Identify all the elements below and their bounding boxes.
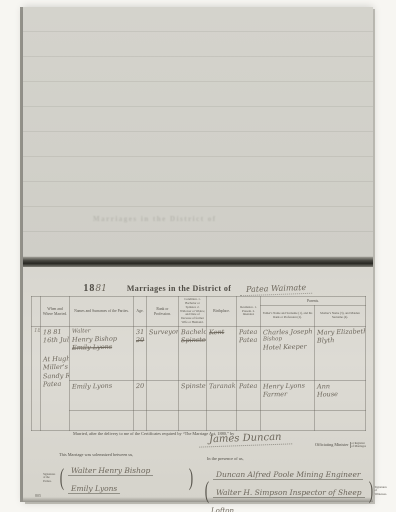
groom-name-cell: Walter Henry Bishop Emily Lyons <box>70 327 134 381</box>
groom-residence-cell: Patea Patea <box>237 327 261 381</box>
col-rank-header: Rank or Profession. <box>147 297 179 327</box>
form-corner-number: 805 <box>35 493 41 498</box>
col-birthplace-header: Birthplace. <box>207 297 237 327</box>
left-brace: ( <box>60 466 64 490</box>
witnesses-signatures: ( Duncan Alfred Poole Mining Engineer Wa… <box>203 464 375 512</box>
scanned-document-photo: Marriages in the District of 1881 Marria… <box>0 0 396 512</box>
bride-condition-cell: Spinster <box>179 381 207 411</box>
district-handwritten: Patea Waimate <box>240 283 313 297</box>
col-names-header: Names and Surnames of the Parties. <box>70 297 134 327</box>
bride-birthplace-cell: Taranaki <box>207 381 237 411</box>
bride-residence-cell: Patea <box>237 381 261 411</box>
witnesses-signatures-label: Signatures of Witnesses. <box>375 486 390 497</box>
presence-statement: In the presence of us, <box>207 456 244 461</box>
col-father-header: Father's Name and Surname (1), and his R… <box>261 306 315 327</box>
groom-condition-cell: Bachelor Spinster <box>179 327 207 381</box>
witness2-signature: Walter H. Simpson Inspector of Sheep <box>213 488 365 498</box>
parties-signatures-label: Signatures of the Parties. <box>43 473 58 484</box>
col-number-header <box>32 297 41 327</box>
year-handwritten: 81 <box>95 284 106 294</box>
when-where-cell: 18 81 16th July At Hugh Miller's house S… <box>41 327 70 431</box>
register-book: Marriages in the District of 1881 Marria… <box>23 7 373 502</box>
marriage-register-page: 1881 Marriages in the District of Patea … <box>23 267 373 502</box>
col-when-header: When and Where Married. <box>41 297 70 327</box>
upper-blank-page: Marriages in the District of <box>23 7 373 257</box>
certification-footer: Married, after the delivery to me of the… <box>31 429 365 501</box>
year-printed: 18 <box>83 283 95 294</box>
groom-mother-cell: Mary Elizabeth Blyth <box>315 327 366 381</box>
bride-name-cell: Emily Lyons <box>70 381 134 411</box>
bleed-through-text: Marriages in the District of <box>93 215 217 223</box>
groom-father-cell: Charles Joseph Bishop Hotel Keeper <box>261 327 315 381</box>
register-row-bride: Emily Lyons 20 Spinster Taranaki <box>32 381 366 411</box>
marriage-register-table: When and Where Married. Names and Surnam… <box>31 296 366 431</box>
bride-rank-cell <box>147 381 179 411</box>
right-brace: ) <box>189 466 193 490</box>
bride-father-cell: Henry Lyons Farmer <box>261 381 315 411</box>
left-brace: ( <box>205 479 209 503</box>
minister-label: Officiating Ministeror Registrar of Marr… <box>315 442 368 448</box>
page-fold-seam <box>23 257 373 267</box>
page-header: 1881 Marriages in the District of Patea … <box>23 278 373 296</box>
bride-mother-cell: Ann House <box>315 381 366 411</box>
col-residence-header: Residence. 1. Present. 2. Intended. <box>237 297 261 327</box>
register-row-empty <box>32 411 366 431</box>
party2-signature: Emily Lyons <box>68 484 120 494</box>
col-condition-header: Condition. 1. Bachelor or Spinster. 2. W… <box>179 297 207 327</box>
entry-number: 18 <box>32 327 41 431</box>
minister-label-note: or Registrar of Marriages <box>350 442 368 448</box>
bride-age-cell: 20 <box>134 381 147 411</box>
right-brace: ) <box>368 479 372 503</box>
groom-birthplace-cell: Kent <box>207 327 237 381</box>
witness2-place: Lofton <box>211 507 234 512</box>
witness1-signature: Duncan Alfred Poole Mining Engineer <box>213 470 363 480</box>
col-age-header: Age. <box>134 297 147 327</box>
groom-rank-cell: Surveyor <box>147 327 179 381</box>
groom-age-cell: 31 20 <box>134 327 147 381</box>
register-row-groom: 18 18 81 16th July At Hugh Miller's hous… <box>32 327 366 381</box>
col-mother-header: Mother's Name (3), and Maiden Surname (4… <box>315 306 366 327</box>
page-title: Marriages in the District of <box>127 284 232 293</box>
solemnized-statement: This Marriage was solemnized between us, <box>59 452 133 457</box>
parties-signatures: Signatures of the Parties. ( Walter Henr… <box>43 460 195 496</box>
col-parents-group-header: Parents. <box>261 297 366 306</box>
minister-signature: James Duncan <box>199 431 292 447</box>
party1-signature: Walter Henry Bishop <box>68 466 153 476</box>
